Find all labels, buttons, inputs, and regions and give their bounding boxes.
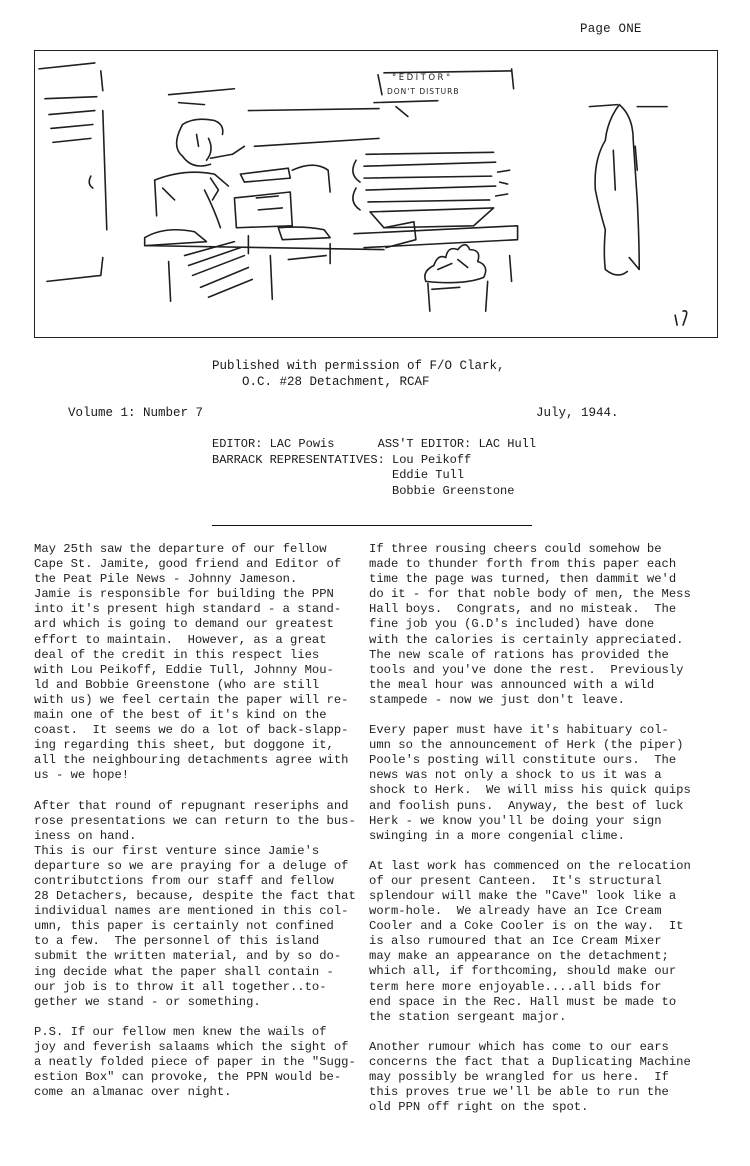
article-line: Herk - we know you'll be doing your sign <box>369 814 714 829</box>
typewriter-icon <box>234 165 330 228</box>
article-paragraph: Every paper must have it's habituary col… <box>369 723 714 844</box>
article-line: time the page was turned, then dammit we… <box>369 572 714 587</box>
issue-date: July, 1944. <box>536 406 619 420</box>
article-line: individual names are mentioned in this c… <box>34 904 364 919</box>
article-line: come an almanac over night. <box>34 1085 364 1100</box>
article-line: Cooler and a Coke Cooler is on the way. … <box>369 919 714 934</box>
article-line: may make an appearance on the detachment… <box>369 949 714 964</box>
left-column: May 25th saw the departure of our fellow… <box>34 542 364 1100</box>
article-line: gether we stand - or something. <box>34 995 364 1010</box>
staff-row: BARRACK REPRESENTATIVES: Lou Peikoff <box>212 453 536 469</box>
article-line: which all, if forthcoming, should make o… <box>369 964 714 979</box>
staff-row: Eddie Tull <box>212 468 536 484</box>
article-line: shock to Herk. We will miss his quick qu… <box>369 783 714 798</box>
article-line: The new scale of rations has provided th… <box>369 648 714 663</box>
staff-row: Bobbie Greenstone <box>212 484 536 500</box>
article-line: tools and you've done the rest. Previous… <box>369 663 714 678</box>
article-line: a neatly folded piece of paper in the "S… <box>34 1055 364 1070</box>
article-line: ing decide what the paper shall contain … <box>34 965 364 980</box>
sign-line-1: °EDITOR° <box>392 73 453 84</box>
coat-hanger-icon <box>589 105 667 275</box>
section-divider <box>212 525 532 526</box>
article-line: After that round of repugnant reseriphs … <box>34 799 364 814</box>
article-paragraph: May 25th saw the departure of our fellow… <box>34 542 364 784</box>
article-line: worm-hole. We already have an Ice Cream <box>369 904 714 919</box>
article-line: P.S. If our fellow men knew the wails of <box>34 1025 364 1040</box>
article-paragraph: If three rousing cheers could somehow be… <box>369 542 714 708</box>
article-line: swinging in a more congenial clime. <box>369 829 714 844</box>
article-line: with us) we feel certain the paper will … <box>34 693 364 708</box>
article-line: May 25th saw the departure of our fellow <box>34 542 364 557</box>
article-line: estion Box" can provoke, the PPN would b… <box>34 1070 364 1085</box>
article-line: umn so the announcement of Herk (the pip… <box>369 738 714 753</box>
article-line: with Lou Peikoff, Eddie Tull, Johnny Mou… <box>34 663 364 678</box>
article-line: ing regarding this sheet, but doggone it… <box>34 738 364 753</box>
article-line: submit the written material, and by so d… <box>34 949 364 964</box>
article-line: may possibly be wrangled for us here. If <box>369 1070 714 1085</box>
article-line: joy and feverish salaams which the sight… <box>34 1040 364 1055</box>
article-line: concerns the fact that a Duplicating Mac… <box>369 1055 714 1070</box>
staff-listing: EDITOR: LAC Powis ASS'T EDITOR: LAC Hull… <box>212 437 536 499</box>
article-line: end space in the Rec. Hall must be made … <box>369 995 714 1010</box>
article-line: At last work has commenced on the reloca… <box>369 859 714 874</box>
article-line: 28 Detachers, because, despite the fact … <box>34 889 364 904</box>
article-line: This is our first venture since Jamie's <box>34 844 364 859</box>
article-line: iness on hand. <box>34 829 364 844</box>
article-line: is also rumoured that an Ice Cream Mixer <box>369 934 714 949</box>
cartoon-illustration: °EDITOR° DON'T DISTURB <box>34 50 718 338</box>
article-line: Cape St. Jamite, good friend and Editor … <box>34 557 364 572</box>
article-line: the station sergeant major. <box>369 1010 714 1025</box>
article-line: this proves true we'll be able to run th… <box>369 1085 714 1100</box>
article-line: ld and Bobbie Greenstone (who are still <box>34 678 364 693</box>
article-line: effort to maintain. However, as a great <box>34 633 364 648</box>
paper-stack-icon <box>353 152 518 247</box>
article-line: main one of the best of it's kind on the <box>34 708 364 723</box>
article-line: Every paper must have it's habituary col… <box>369 723 714 738</box>
artist-signature-icon <box>675 311 687 325</box>
article-paragraph: At last work has commenced on the reloca… <box>369 859 714 1025</box>
article-line: all the neighbouring detachments agree w… <box>34 753 364 768</box>
article-line: the Peat Pile News - Johnny Jameson. <box>34 572 364 587</box>
article-line: departure so we are praying for a deluge… <box>34 859 364 874</box>
article-line: coast. It seems we do a lot of back-slap… <box>34 723 364 738</box>
article-line: with the calories is certainly appreciat… <box>369 633 714 648</box>
article-line: and foolish puns. Anyway, the best of lu… <box>369 799 714 814</box>
article-line: to a few. The personnel of this island <box>34 934 364 949</box>
right-column: If three rousing cheers could somehow be… <box>369 542 714 1115</box>
article-line: into it's present high standard - a stan… <box>34 602 364 617</box>
article-paragraph: Another rumour which has come to our ear… <box>369 1040 714 1115</box>
article-line: Another rumour which has come to our ear… <box>369 1040 714 1055</box>
article-line: Hall boys. Congrats, and no misteak. The <box>369 602 714 617</box>
article-line: If three rousing cheers could somehow be <box>369 542 714 557</box>
article-line: rose presentations we can return to the … <box>34 814 364 829</box>
publication-notice-line-1: Published with permission of F/O Clark, <box>212 358 505 374</box>
staff-row: EDITOR: LAC Powis ASS'T EDITOR: LAC Hull <box>212 437 536 453</box>
door-icon <box>39 63 107 281</box>
article-line: Jamie is responsible for building the PP… <box>34 587 364 602</box>
publication-notice: Published with permission of F/O Clark,O… <box>212 358 505 390</box>
article-line: news was not only a shock to us it was a <box>369 768 714 783</box>
article-line: the meal hour was announced with a wild <box>369 678 714 693</box>
article-line: splendour will make the "Cave" look like… <box>369 889 714 904</box>
article-line: made to thunder forth from this paper ea… <box>369 557 714 572</box>
article-line: umn, this paper is certainly not confine… <box>34 919 364 934</box>
waste-basket-icon <box>425 245 512 312</box>
editor-figure-icon <box>155 119 245 228</box>
article-line: of our present Canteen. It's structural <box>369 874 714 889</box>
article-line: us - we hope! <box>34 768 364 783</box>
article-line: Poole's posting will constitute ours. Th… <box>369 753 714 768</box>
publication-notice-line-2: O.C. #28 Detachment, RCAF <box>212 374 505 390</box>
article-line: do it - for that noble body of men, the … <box>369 587 714 602</box>
sign-line-2: DON'T DISTURB <box>387 86 460 97</box>
article-line: deal of the credit in this respect lies <box>34 648 364 663</box>
article-line: our job is to throw it all together..to- <box>34 980 364 995</box>
page-number-label: Page ONE <box>580 22 642 36</box>
article-line: ard which is going to demand our greates… <box>34 617 364 632</box>
volume-number: Volume 1: Number 7 <box>68 406 203 420</box>
article-line: term here more enjoyable....all bids for <box>369 980 714 995</box>
desk-icon <box>145 222 416 301</box>
article-paragraph: P.S. If our fellow men knew the wails of… <box>34 1025 364 1100</box>
article-line: old PPN off right on the spot. <box>369 1100 714 1115</box>
article-paragraph: After that round of repugnant reseriphs … <box>34 799 364 1010</box>
editor-cartoon-drawing <box>35 51 717 337</box>
article-line: contributctions from our staff and fello… <box>34 874 364 889</box>
article-line: stampede - now we just don't leave. <box>369 693 714 708</box>
article-line: fine job you (G.D's included) have done <box>369 617 714 632</box>
